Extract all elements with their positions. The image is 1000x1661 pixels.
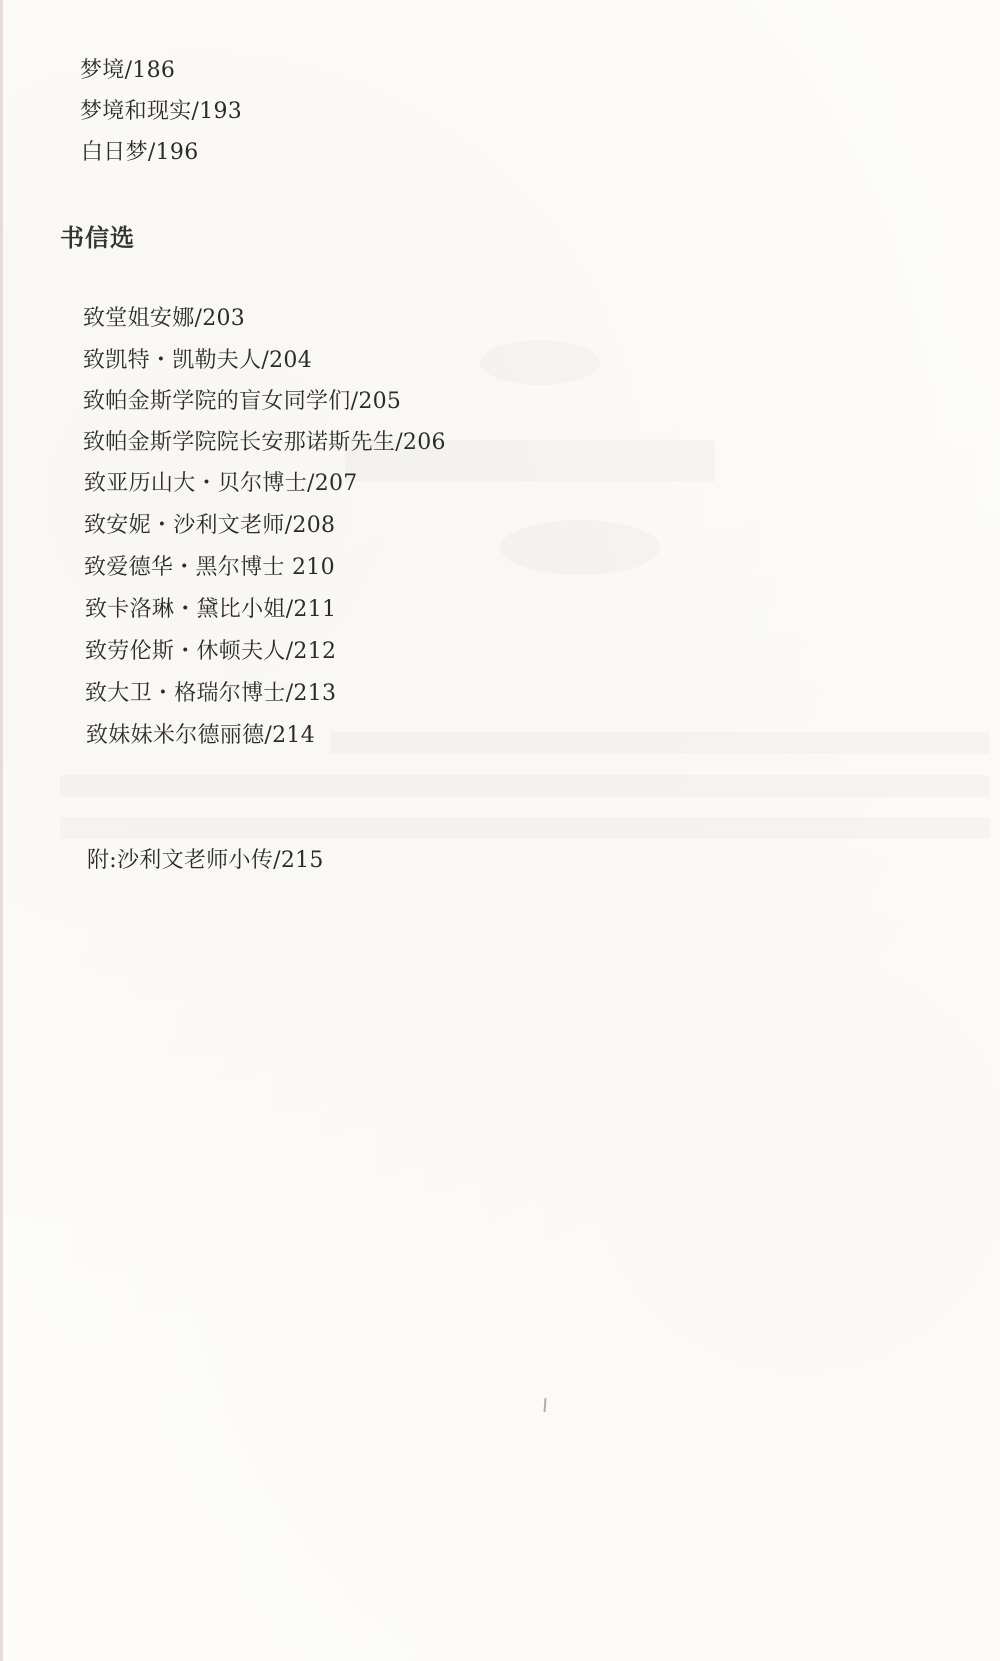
- toc-entry[interactable]: 致帕金斯学院的盲女同学们/205: [83, 389, 401, 415]
- toc-entry[interactable]: 致亚历山大・贝尔博士/207: [84, 471, 358, 497]
- bleed-through-ornament: [500, 520, 660, 575]
- toc-entry[interactable]: 致大卫・格瑞尔博士/213: [85, 681, 336, 707]
- paper-texture: [0, 0, 1000, 1661]
- toc-entry[interactable]: 白日梦/196: [81, 140, 199, 166]
- toc-entry[interactable]: 致劳伦斯・休顿夫人/212: [85, 639, 336, 665]
- toc-entry[interactable]: 致爱德华・黑尔博士 210: [84, 555, 335, 581]
- bleed-through-text-line: [60, 775, 990, 797]
- bleed-through-text-line: [60, 817, 990, 839]
- toc-entry[interactable]: 致卡洛琳・黛比小姐/211: [85, 597, 336, 623]
- toc-entry[interactable]: 致妹妹米尔德丽德/214: [86, 723, 315, 749]
- bleed-through-ornament: [480, 340, 600, 385]
- toc-entry-appendix[interactable]: 附:沙利文老师小传/215: [87, 848, 324, 874]
- paper-speck: [544, 1398, 547, 1412]
- toc-entry[interactable]: 致安妮・沙利文老师/208: [84, 513, 335, 539]
- toc-entry[interactable]: 致凯特・凯勒夫人/204: [83, 348, 312, 374]
- bleed-through-text-line: [330, 732, 990, 754]
- page-edge: [0, 0, 3, 1661]
- toc-entry[interactable]: 致帕金斯学院院长安那诺斯先生/206: [83, 430, 446, 456]
- toc-entry[interactable]: 梦境和现实/193: [80, 99, 242, 125]
- toc-entry[interactable]: 梦境/186: [80, 58, 175, 84]
- section-heading-letters: 书信选: [60, 224, 135, 252]
- toc-entry[interactable]: 致堂姐安娜/203: [83, 306, 245, 332]
